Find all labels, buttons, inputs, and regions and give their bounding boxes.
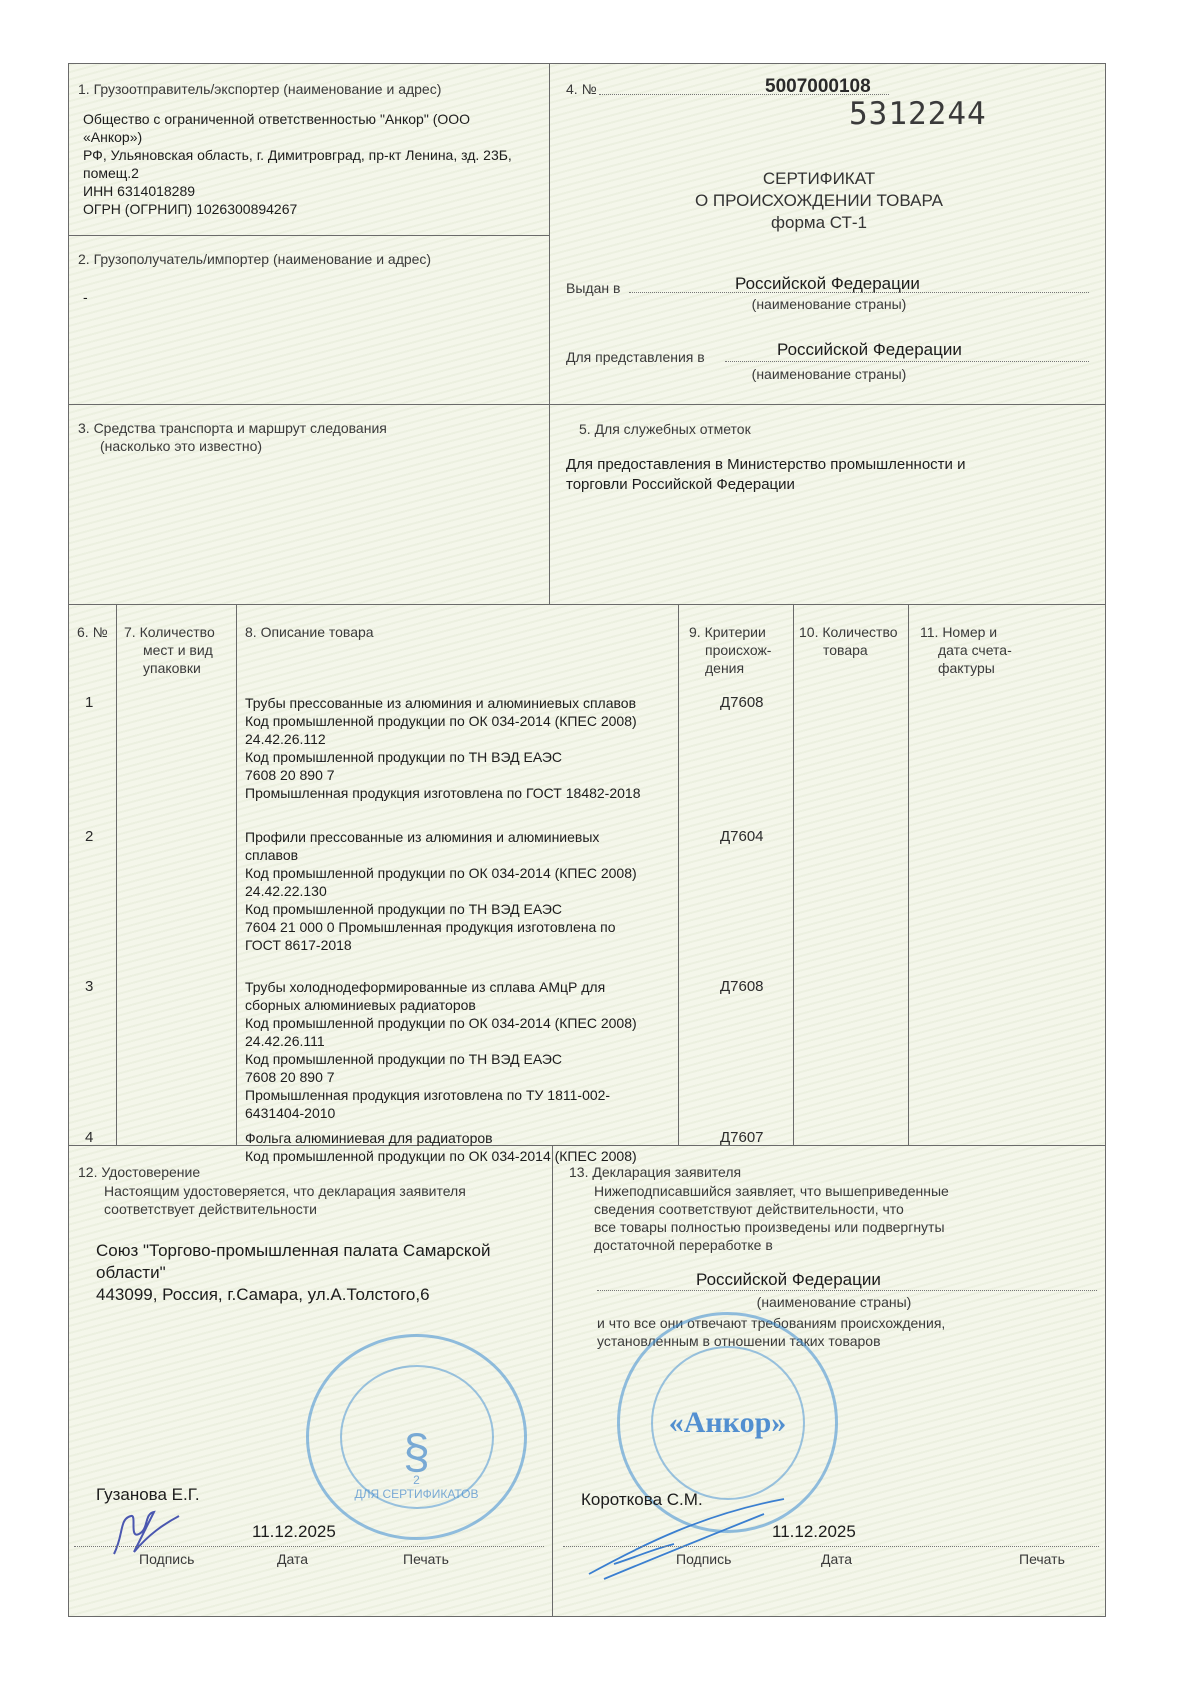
signature-caption: Подпись [139,1551,194,1567]
divider [549,64,550,604]
issued-in-country: Российской Федерации [735,274,920,294]
certification-text: Настоящим удостоверяется, что декларация… [104,1182,466,1218]
col-header-quantity: 10. Количество товара [799,623,898,659]
box1-label: 1. Грузоотправитель/экспортер (наименова… [78,81,441,97]
seal-caption: Печать [1019,1551,1065,1567]
exporter-line: ИНН 6314018289 [83,182,543,200]
importer-value: - [83,288,88,306]
col-header-packages: 7. Количество мест и вид упаковки [124,623,234,677]
box13-date: 11.12.2025 [772,1522,856,1542]
certificate-serial: 5312244 [849,96,987,132]
signature-icon [584,1494,804,1584]
box12-date: 11.12.2025 [252,1522,336,1542]
exporter-details: Общество с ограниченной ответственностью… [83,110,543,218]
divider [69,235,549,236]
origin-criteria: Д7608 [720,694,764,711]
signature-dotted-line [563,1546,1099,1547]
divider [908,604,909,1145]
chamber-stamp: § 2 ДЛЯ СЕРТИФИКАТОВ [306,1334,527,1540]
date-caption: Дата [821,1551,852,1567]
date-caption: Дата [277,1551,308,1567]
exporter-line: РФ, Ульяновская область, г. Димитровград… [83,146,543,164]
row-number: 4 [85,1129,93,1146]
official-notes: Для предоставления в Министерство промыш… [566,455,965,495]
country-caption: (наименование страны) [719,366,939,382]
seal-caption: Печать [403,1551,449,1567]
divider [678,604,679,1145]
origin-criteria: Д7608 [720,978,764,995]
certificate-number: 5007000108 [765,76,871,98]
issued-in-label: Выдан в [566,280,620,296]
declaration-country: Российской Федерации [696,1270,881,1290]
box3-label: 3. Средства транспорта и маршрут следова… [78,420,387,436]
box13-label: 13. Декларация заявителя [569,1164,741,1180]
certificate-form: 1. Грузоотправитель/экспортер (наименова… [68,63,1106,1617]
declaration-text: Нижеподписавшийся заявляет, что вышеприв… [594,1182,949,1254]
goods-description: Профили прессованные из алюминия и алюми… [245,828,675,954]
row-number: 2 [85,828,93,845]
col-header-invoice: 11. Номер и дата счета- фактуры [920,623,1012,677]
chamber-of-commerce: Союз "Торгово-промышленная палата Самарс… [96,1240,490,1306]
exporter-line: ОГРН (ОГРНИП) 1026300894267 [83,200,543,218]
country-caption: (наименование страны) [719,296,939,312]
col-header-description: 8. Описание товара [245,623,374,641]
box4-label: 4. № [566,81,597,97]
divider [116,604,117,1145]
row-number: 3 [85,978,93,995]
origin-criteria: Д7604 [720,828,764,845]
box2-label: 2. Грузополучатель/импортер (наименовани… [78,251,431,267]
divider [236,604,237,1145]
divider [69,604,1105,605]
exporter-line: помещ.2 [83,164,543,182]
divider [69,404,1105,405]
box3-sublabel: (насколько это известно) [100,438,262,454]
col-header-criteria: 9. Критерии происхож- дения [689,623,771,677]
goods-description: Трубы холоднодеформированные из сплава А… [245,978,675,1122]
divider [793,604,794,1145]
goods-description: Фольга алюминиевая для радиаторов Код пр… [245,1129,685,1165]
goods-description: Трубы прессованные из алюминия и алюмини… [245,694,675,802]
box5-label: 5. Для служебных отметок [579,421,751,437]
origin-criteria: Д7607 [720,1129,764,1146]
signature-dotted-line [74,1546,544,1547]
exporter-line: Общество с ограниченной ответственностью… [83,110,543,128]
col-header-no: 6. № [77,623,108,641]
signature-caption: Подпись [676,1551,731,1567]
exporter-line: «Анкор») [83,128,543,146]
country-caption: (наименование страны) [749,1294,919,1310]
country-dotted-line [597,1290,1097,1291]
for-presentation-label: Для представления в [566,349,705,365]
for-presentation-dotted-line [725,361,1089,362]
certificate-title: СЕРТИФИКАТ О ПРОИСХОЖДЕНИИ ТОВАРА форма … [649,168,989,234]
row-number: 1 [85,694,93,711]
for-presentation-country: Российской Федерации [777,340,962,360]
box12-signer: Гузанова Е.Г. [96,1484,200,1506]
divider [552,1145,553,1616]
box12-label: 12. Удостоверение [78,1164,200,1180]
